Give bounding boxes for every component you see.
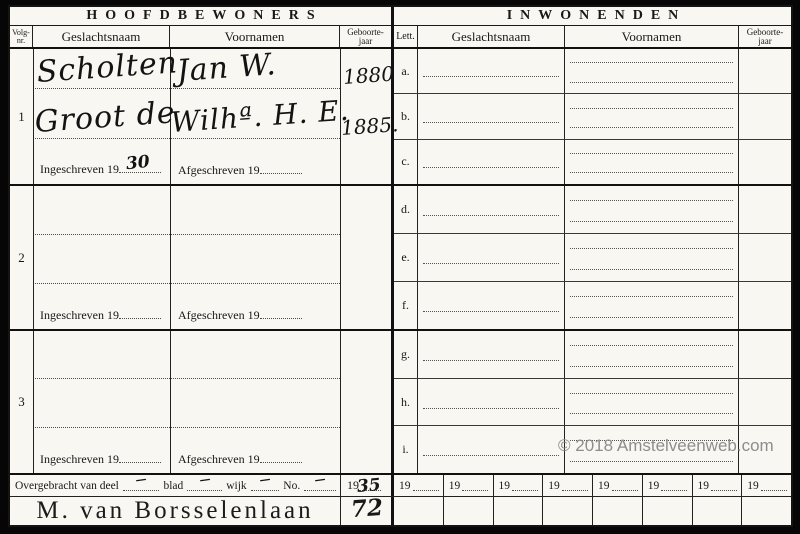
geboortejaar-cell	[739, 379, 791, 426]
writing-line	[570, 221, 733, 222]
hoofdbewoners-row-2: 2 Ingeschreven 19 Afgeschreven 19	[10, 186, 391, 331]
voornamen-cell	[565, 282, 739, 329]
writing-line	[423, 167, 559, 168]
register-card: HOOFDBEWONERS Volg- nr. Geslachtsnaam Vo…	[8, 5, 793, 527]
hoofdbewoners-panel: HOOFDBEWONERS Volg- nr. Geslachtsnaam Vo…	[10, 7, 394, 473]
letter-label: a.	[394, 49, 418, 93]
writing-line	[423, 408, 559, 409]
writing-line	[570, 461, 733, 462]
writing-line	[35, 138, 340, 139]
year-cell: 19	[394, 475, 444, 496]
handwritten-surname: Scholten	[36, 45, 180, 90]
handwritten-birthyear: 1885.	[340, 112, 399, 140]
writing-line	[423, 122, 559, 123]
dotted-leader	[260, 309, 302, 319]
column-voornamen: Voornamen	[565, 26, 739, 47]
geboortejaar-cell	[739, 49, 791, 93]
column-geboortejaar: Geboorte- jaar	[340, 26, 391, 47]
handwritten-mark: —	[314, 472, 327, 486]
column-voornamen: Voornamen	[170, 26, 340, 47]
writing-line	[423, 311, 559, 312]
dotted-leader	[661, 481, 687, 491]
scanned-register-page: HOOFDBEWONERS Volg- nr. Geslachtsnaam Vo…	[0, 0, 800, 534]
writing-line	[570, 127, 733, 128]
geslachtsnaam-cell	[418, 282, 565, 329]
writing-line	[35, 283, 340, 284]
house-number-cell: 72	[340, 497, 391, 525]
writing-line	[35, 378, 340, 379]
geslachtsnaam-cell	[418, 331, 565, 378]
year-cell: 19	[593, 475, 643, 496]
ingeschreven-field: Ingeschreven 19	[40, 308, 161, 323]
dotted-leader	[119, 453, 161, 463]
writing-line	[570, 82, 733, 83]
column-divider	[340, 331, 341, 473]
year-cell: 19	[444, 475, 494, 496]
empty-cell	[444, 497, 494, 525]
handwritten-mark: —	[198, 472, 211, 486]
empty-cell	[593, 497, 643, 525]
main-panels: HOOFDBEWONERS Volg- nr. Geslachtsnaam Vo…	[10, 7, 791, 473]
letter-label: c.	[394, 140, 418, 184]
letter-label: d.	[394, 186, 418, 233]
street-name: M. van Borsselenlaan	[36, 497, 313, 525]
inwonenden-group-1: a. b. c.	[394, 49, 791, 186]
footer-address-row: M. van Borsselenlaan 72	[10, 496, 791, 525]
inwonenden-row-a: a.	[394, 49, 791, 94]
handwritten-birthyear: 1880	[342, 62, 394, 89]
geboortejaar-cell	[739, 186, 791, 233]
hoofdbewoners-title: HOOFDBEWONERS	[10, 7, 391, 26]
geslachtsnaam-cell	[418, 186, 565, 233]
letter-label: i.	[394, 426, 418, 473]
hoofdbewoners-row-3: 3 Ingeschreven 19 Afgeschreven 19	[10, 331, 391, 473]
letter-label: e.	[394, 234, 418, 281]
writing-line	[570, 108, 733, 109]
column-divider	[170, 186, 171, 329]
geboortejaar-cell	[739, 94, 791, 138]
transfer-year-cell: 19 35	[340, 475, 391, 496]
empty-cell	[543, 497, 593, 525]
dotted-leader	[260, 164, 302, 174]
watermark: © 2018 Amstelveenweb.com	[558, 436, 774, 456]
writing-line	[570, 296, 733, 297]
writing-line	[423, 455, 559, 456]
handwritten-firstnames: Jan W.	[176, 47, 278, 89]
inwonenden-title: INWONENDEN	[394, 7, 791, 26]
hoofdbewoners-column-header: Volg- nr. Geslachtsnaam Voornamen Geboor…	[10, 26, 391, 49]
geslachtsnaam-cell	[418, 94, 565, 138]
dotted-leader	[260, 453, 302, 463]
inwonenden-row-g: g.	[394, 331, 791, 379]
dotted-leader	[562, 481, 588, 491]
dotted-leader	[512, 481, 538, 491]
handwritten-house-number: 72	[350, 494, 384, 523]
geboortejaar-cell	[739, 140, 791, 184]
voornamen-cell	[565, 331, 739, 378]
empty-cell	[693, 497, 743, 525]
inwonenden-group-2: d. e. f.	[394, 186, 791, 331]
handwritten-ingeschreven-year: 30	[125, 152, 151, 174]
writing-line	[35, 427, 340, 428]
inwonenden-row-f: f.	[394, 282, 791, 329]
writing-line	[570, 248, 733, 249]
geslachtsnaam-cell	[418, 140, 565, 184]
volgnr-value: 1	[10, 49, 33, 184]
writing-line	[570, 366, 733, 367]
column-lett: Lett.	[394, 26, 418, 47]
footer-left: Overgebracht van deel — blad — wijk — No…	[10, 475, 394, 496]
dotted-leader	[711, 481, 737, 491]
writing-line	[423, 360, 559, 361]
handwritten-mark: —	[135, 472, 148, 486]
hoofdbewoners-row-1: 1 Scholten Jan W. 1880 Groot de Wilhª. H…	[10, 49, 391, 186]
voornamen-cell	[565, 234, 739, 281]
inwonenden-panel: INWONENDEN Lett. Geslachtsnaam Voornamen…	[394, 7, 791, 473]
inwonenden-row-e: e.	[394, 234, 791, 282]
footer-empty-cells	[394, 497, 791, 525]
geboortejaar-cell	[739, 331, 791, 378]
dotted-leader	[612, 481, 638, 491]
column-divider	[33, 331, 34, 473]
column-divider	[340, 186, 341, 329]
writing-line	[570, 200, 733, 201]
dotted-leader	[413, 481, 439, 491]
empty-cell	[494, 497, 544, 525]
writing-line	[570, 153, 733, 154]
geboortejaar-cell	[739, 282, 791, 329]
empty-cell	[742, 497, 791, 525]
address-left: M. van Borsselenlaan 72	[10, 497, 394, 525]
dotted-leader	[462, 481, 488, 491]
empty-cell	[643, 497, 693, 525]
dotted-leader: —	[251, 480, 280, 491]
writing-line	[423, 215, 559, 216]
volgnr-value: 2	[10, 186, 33, 329]
geslachtsnaam-cell	[418, 49, 565, 93]
letter-label: g.	[394, 331, 418, 378]
writing-line	[35, 234, 340, 235]
voornamen-cell	[565, 379, 739, 426]
writing-line	[423, 263, 559, 264]
street-name-box: M. van Borsselenlaan	[10, 497, 340, 525]
inwonenden-row-b: b.	[394, 94, 791, 139]
ingeschreven-field: Ingeschreven 19	[40, 452, 161, 467]
geslachtsnaam-cell	[418, 426, 565, 473]
afgeschreven-field: Afgeschreven 19	[178, 308, 302, 323]
writing-line	[570, 345, 733, 346]
letter-label: f.	[394, 282, 418, 329]
geslachtsnaam-cell	[418, 234, 565, 281]
footer-transfer-row: Overgebracht van deel — blad — wijk — No…	[10, 473, 791, 496]
inwonenden-column-header: Lett. Geslachtsnaam Voornamen Geboorte- …	[394, 26, 791, 49]
writing-line	[570, 317, 733, 318]
handwritten-firstnames: Wilhª. H. E.	[170, 94, 351, 139]
geslachtsnaam-cell	[418, 379, 565, 426]
handwritten-mark: —	[259, 472, 272, 486]
column-geboortejaar: Geboorte- jaar	[739, 26, 791, 47]
ingeschreven-field: Ingeschreven 19 30	[40, 158, 188, 178]
dotted-leader: —	[123, 480, 160, 491]
volgnr-value: 3	[10, 331, 33, 473]
writing-line	[570, 393, 733, 394]
afgeschreven-field: Afgeschreven 19	[178, 452, 302, 467]
voornamen-cell	[565, 49, 739, 93]
voornamen-cell	[565, 140, 739, 184]
year-cell: 19	[693, 475, 743, 496]
inwonenden-row-c: c.	[394, 140, 791, 184]
column-volgnr: Volg- nr.	[10, 26, 33, 47]
writing-line	[570, 172, 733, 173]
inwonenden-row-h: h.	[394, 379, 791, 427]
inwonenden-row-d: d.	[394, 186, 791, 234]
dotted-leader: —	[187, 480, 222, 491]
footer-year-cells: 19 19 19 19 19 19 19 19	[394, 475, 791, 496]
dotted-leader: —	[304, 480, 336, 491]
writing-line	[570, 62, 733, 63]
handwritten-surname: Groot de	[34, 95, 177, 140]
column-geslachtsnaam: Geslachtsnaam	[418, 26, 565, 47]
writing-line	[423, 76, 559, 77]
empty-cell	[394, 497, 444, 525]
voornamen-cell	[565, 186, 739, 233]
geboortejaar-cell	[739, 234, 791, 281]
overgebracht-field: Overgebracht van deel — blad — wijk — No…	[10, 475, 340, 496]
column-divider	[170, 331, 171, 473]
voornamen-cell	[565, 94, 739, 138]
year-cell: 19	[543, 475, 593, 496]
dotted-leader	[119, 309, 161, 319]
year-cell: 19	[643, 475, 693, 496]
year-cell: 19	[494, 475, 544, 496]
year-cell: 19	[742, 475, 791, 496]
afgeschreven-field: Afgeschreven 19	[178, 163, 302, 178]
dotted-leader	[761, 481, 787, 491]
letter-label: h.	[394, 379, 418, 426]
writing-line	[570, 269, 733, 270]
column-divider	[33, 186, 34, 329]
column-geslachtsnaam: Geslachtsnaam	[33, 26, 170, 47]
writing-line	[570, 413, 733, 414]
